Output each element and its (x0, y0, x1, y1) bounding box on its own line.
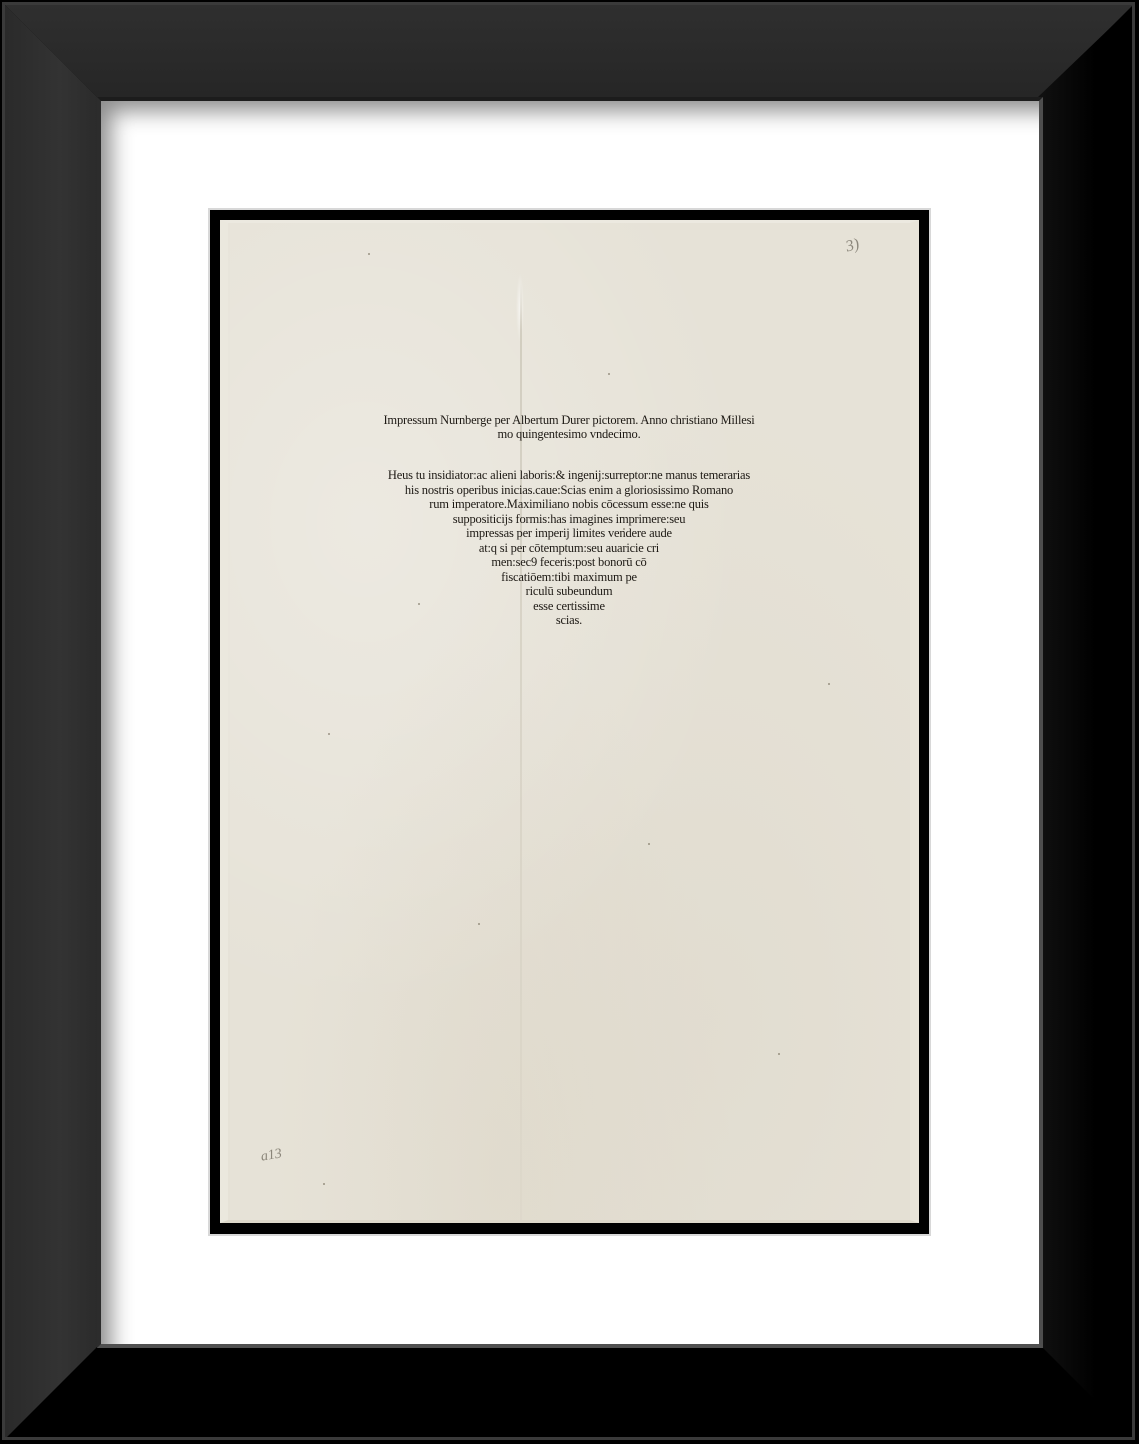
warning-line: men:sec9 feceris:post bonorū cō (228, 555, 910, 570)
paper-speck (418, 603, 420, 605)
warning-line: fiscatiōem:tibi maximum pe (228, 570, 910, 585)
paper-speck (608, 373, 610, 375)
warning-line: at:q si per cōtemptum:seu auaricie cri (228, 541, 910, 556)
warning-line: his nostris operibus inicias.caue:Scias … (228, 483, 910, 498)
warning-line: riculū subeundum (228, 584, 910, 599)
warning-line: impressas per imperij limites vendere au… (228, 526, 910, 541)
warning-line: suppositicijs formis:has imagines imprim… (228, 512, 910, 527)
paper-speck (323, 1183, 325, 1185)
colophon-line: Impressum Nurnberge per Albertum Durer p… (228, 413, 910, 427)
paper-speck (478, 923, 480, 925)
paper-texture (228, 223, 910, 1220)
warning-line: rum imperatore.Maximiliano nobis cōcessu… (228, 497, 910, 512)
colophon-text: Impressum Nurnberge per Albertum Durer p… (228, 413, 910, 441)
paper-speck (648, 843, 650, 845)
colophon-line: mo quingentesimo vndecimo. (228, 427, 910, 441)
paper-speck (328, 733, 330, 735)
paper-speck (778, 1053, 780, 1055)
printed-sheet: 3) a13 Impressum Nurnberge per Albertum … (220, 220, 919, 1223)
warning-line: esse certissime (228, 599, 910, 614)
picture-frame: 3) a13 Impressum Nurnberge per Albertum … (0, 0, 1139, 1444)
warning-line: scias. (228, 613, 910, 628)
paper-speck (623, 528, 625, 530)
paper-speck (828, 683, 830, 685)
copyright-warning-text: Heus tu insidiator:ac alieni laboris:& i… (228, 468, 910, 628)
warning-line: Heus tu insidiator:ac alieni laboris:& i… (228, 468, 910, 483)
paper-speck (368, 253, 370, 255)
